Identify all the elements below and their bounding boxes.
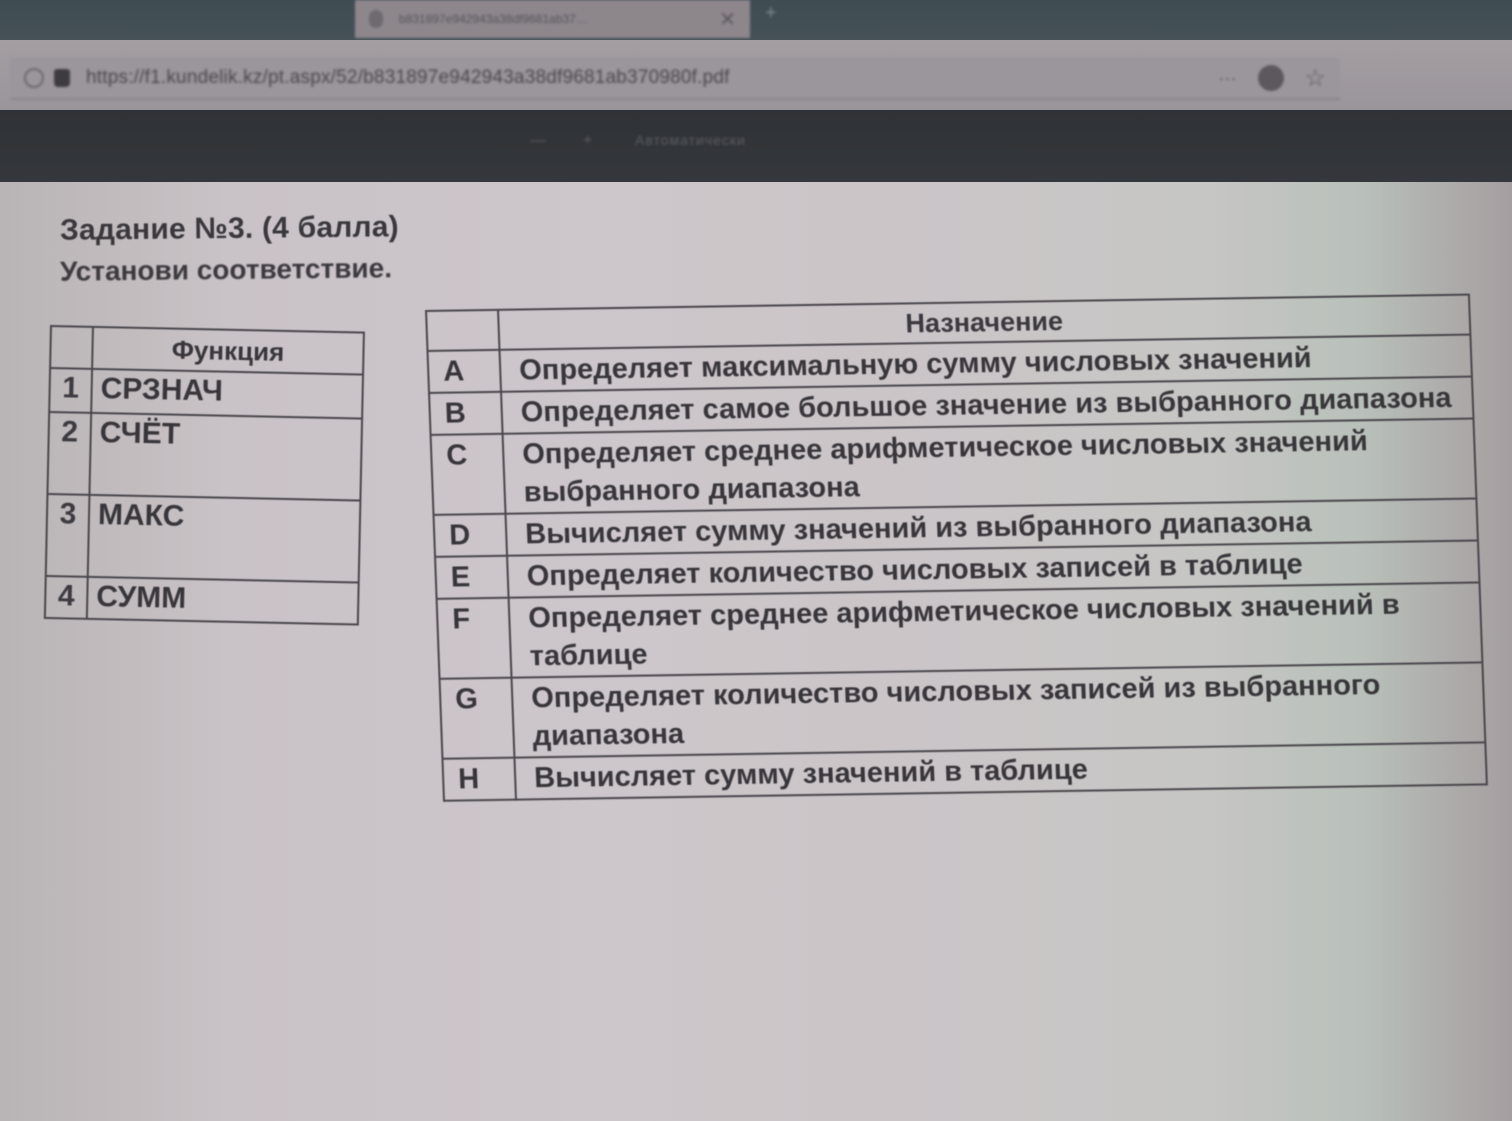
info-icon[interactable] [24, 68, 44, 88]
plus-icon[interactable]: + [765, 2, 777, 25]
row-letter: A [428, 350, 502, 393]
task-instruction: Установи соответствие. [60, 252, 392, 287]
zoom-in-button[interactable]: + [583, 132, 592, 150]
pdf-toolbar: — + Автоматически [0, 110, 1512, 182]
purpose-text: Определяет среднее арифметическое числов… [509, 582, 1483, 677]
functions-table: Функция 1 СРЗНАЧ 2 СЧЁТ 3 МАКС 4 СУММ [44, 325, 365, 626]
row-letter: D [434, 514, 508, 557]
row-number: 4 [45, 576, 88, 619]
pocket-icon[interactable] [1258, 65, 1284, 91]
table-header-empty [426, 310, 499, 351]
tab-title: b831897e942943a38df9681ab37… [399, 12, 711, 26]
pdf-page: Задание №3. (4 балла) Установи соответст… [0, 182, 1512, 1121]
table-header: Функция [92, 327, 364, 375]
task-title: Задание №3. (4 балла) [60, 210, 399, 248]
url-text[interactable]: https://f1.kundelik.kz/pt.aspx/52/b83189… [86, 67, 730, 89]
row-letter: H [442, 758, 516, 801]
address-bar[interactable]: https://f1.kundelik.kz/pt.aspx/52/b83189… [10, 58, 1340, 100]
star-icon[interactable]: ☆ [1304, 64, 1326, 93]
row-letter: B [429, 392, 503, 435]
function-name: МАКС [88, 495, 361, 583]
purpose-text: Определяет среднее арифметическое числов… [503, 419, 1477, 514]
row-letter: F [437, 598, 512, 679]
purpose-table: Назначение A Определяет максимальную сум… [425, 294, 1488, 802]
close-icon[interactable]: ✕ [719, 7, 736, 32]
row-number: 3 [46, 494, 90, 577]
table-row: 2 СЧЁТ [47, 412, 362, 501]
row-letter: C [431, 434, 506, 515]
lock-icon[interactable] [54, 69, 70, 87]
table-header-row: Функция [50, 326, 364, 375]
function-name: СУММ [87, 577, 359, 625]
table-row: 4 СУММ [45, 576, 359, 625]
zoom-select[interactable]: Автоматически [635, 132, 746, 148]
row-number: 1 [49, 368, 92, 413]
table-header-empty [50, 326, 93, 369]
row-letter: G [440, 678, 515, 759]
more-icon[interactable]: ··· [1219, 68, 1237, 89]
row-letter: E [435, 556, 509, 599]
table-row: 3 МАКС [46, 494, 361, 583]
table-row: 1 СРЗНАЧ [49, 368, 363, 419]
browser-tab[interactable]: b831897e942943a38df9681ab37… ✕ [355, 0, 750, 38]
document-icon [369, 10, 383, 28]
function-name: СЧЁТ [89, 413, 362, 501]
zoom-out-button[interactable]: — [530, 132, 546, 150]
navigation-bar: https://f1.kundelik.kz/pt.aspx/52/b83189… [0, 40, 1512, 112]
purpose-text: Определяет количество числовых записей и… [512, 662, 1486, 757]
function-name: СРЗНАЧ [91, 369, 363, 419]
row-number: 2 [47, 412, 91, 495]
